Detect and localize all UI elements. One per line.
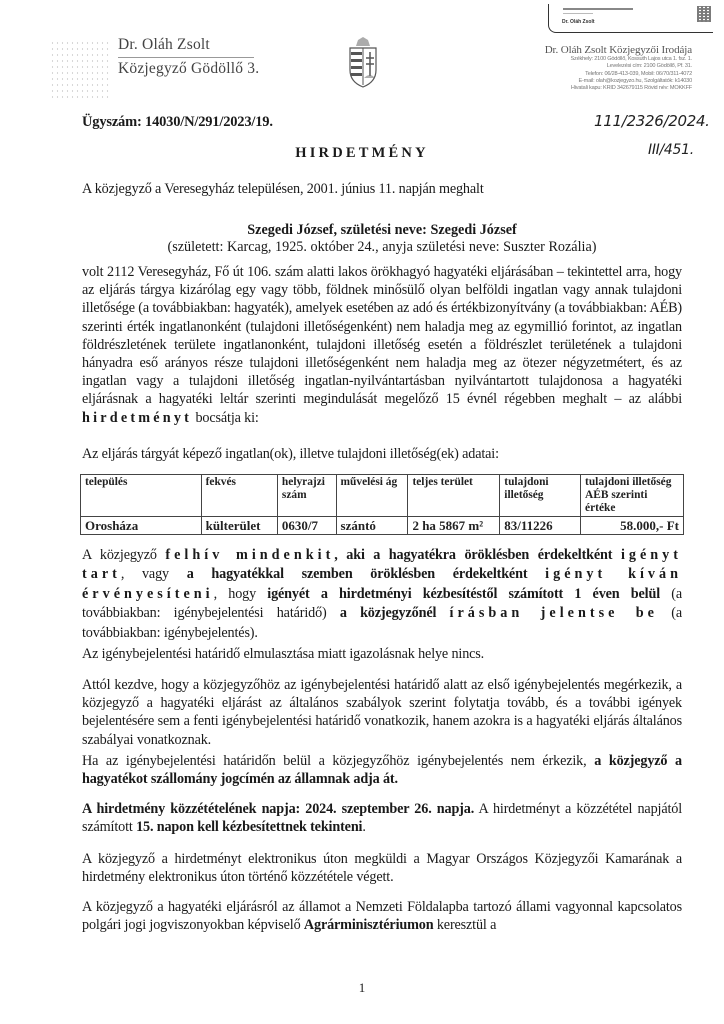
- office-contact-block: Dr. Oláh Zsolt Közjegyzői Irodája Székhe…: [545, 44, 692, 92]
- paragraph-escheat: Ha az igénybejelentési határidőn belül a…: [82, 752, 682, 788]
- emphasis-hirdetmenyt: hirdetményt: [82, 410, 192, 426]
- cell-cultivation: szántó: [336, 517, 408, 535]
- office-gateway: Hivatali kapu: KRID 342679115 Rövid név:…: [545, 85, 692, 92]
- intro-text: A közjegyző a Veresegyház településen, 2…: [82, 180, 682, 198]
- col-aeb-value: tulajdoni illetőség AÉB szerinti értéke: [581, 475, 684, 517]
- notary-name: Dr. Oláh Zsolt: [118, 36, 210, 54]
- office-address: Székhely: 2100 Gödöllő, Kossuth Lajos ut…: [545, 56, 692, 63]
- paragraph-no-justification: Az igénybejelentési határidő elmulasztás…: [82, 645, 682, 663]
- table-header-row: település fekvés helyrajzi szám művelési…: [81, 475, 684, 517]
- office-postal: Levelezési cím: 2100 Gödöllő, Pf. 31.: [545, 63, 692, 70]
- coat-of-arms-icon: [346, 36, 380, 88]
- office-title: Dr. Oláh Zsolt Közjegyzői Irodája: [545, 44, 692, 56]
- case-number: Ügyszám: 14030/N/291/2023/19.: [82, 114, 273, 131]
- letterhead-watermark-decoration: [50, 40, 110, 100]
- table-row: Orosháza külterület 0630/7 szántó 2 ha 5…: [81, 517, 684, 535]
- paragraph-electronic-publication: A közjegyző a hirdetményt elektronikus ú…: [82, 850, 682, 886]
- col-ownership-share: tulajdoni illetőség: [500, 475, 581, 517]
- office-phone: Telefon: 06/28-413-039, Mobil: 06/70/311…: [545, 71, 692, 78]
- col-parcel-number: helyrajzi szám: [277, 475, 336, 517]
- paragraph-publication-date: A hirdetmény közzétételének napja: 2024.…: [82, 800, 682, 836]
- col-location: fekvés: [201, 475, 277, 517]
- cell-ownership-share: 83/11226: [500, 517, 581, 535]
- cell-aeb-value: 58.000,- Ft: [581, 517, 684, 535]
- page-number: 1: [0, 980, 724, 996]
- stamp-name: Dr. Oláh Zsolt: [562, 19, 595, 25]
- deceased-name: Szegedi József, születési neve: Szegedi …: [82, 222, 682, 239]
- notary-office: Közjegyző Gödöllő 3.: [118, 60, 259, 78]
- col-total-area: teljes terület: [408, 475, 500, 517]
- stamp-line: [563, 8, 633, 10]
- document-title: HIRDETMÉNY: [0, 145, 724, 162]
- deceased-birth-details: (született: Karcag, 1925. október 24., a…: [82, 239, 682, 256]
- cell-location: külterület: [201, 517, 277, 535]
- cell-settlement: Orosháza: [81, 517, 202, 535]
- col-cultivation: művelési ág: [336, 475, 408, 517]
- qr-code-icon: [697, 6, 711, 22]
- cell-total-area: 2 ha 5867 m²: [408, 517, 500, 535]
- letterhead-divider: [118, 57, 254, 58]
- paragraph-call-for-claims: A közjegyző felhív mindenkit, aki a hagy…: [82, 546, 682, 643]
- paragraph-conditions: volt 2112 Veresegyház, Fő út 106. szám a…: [82, 263, 682, 427]
- table-intro: Az eljárás tárgyát képező ingatlan(ok), …: [82, 445, 682, 463]
- office-email: E-mail: olah@kozjegyzo.hu, Szolgáltatók:…: [545, 78, 692, 85]
- handwritten-registry-number: 111/2326/2024.: [594, 112, 710, 130]
- filing-stamp: Dr. Oláh Zsolt: [548, 4, 713, 33]
- stamp-line: [563, 13, 593, 14]
- cell-parcel-number: 0630/7: [277, 517, 336, 535]
- paragraph-ministry-notice: A közjegyző a hagyatéki eljárásról az ál…: [82, 898, 682, 934]
- col-settlement: település: [81, 475, 202, 517]
- property-table: település fekvés helyrajzi szám művelési…: [80, 474, 684, 535]
- paragraph-procedure-continues: Attól kezdve, hogy a közjegyzőhöz az igé…: [82, 676, 682, 749]
